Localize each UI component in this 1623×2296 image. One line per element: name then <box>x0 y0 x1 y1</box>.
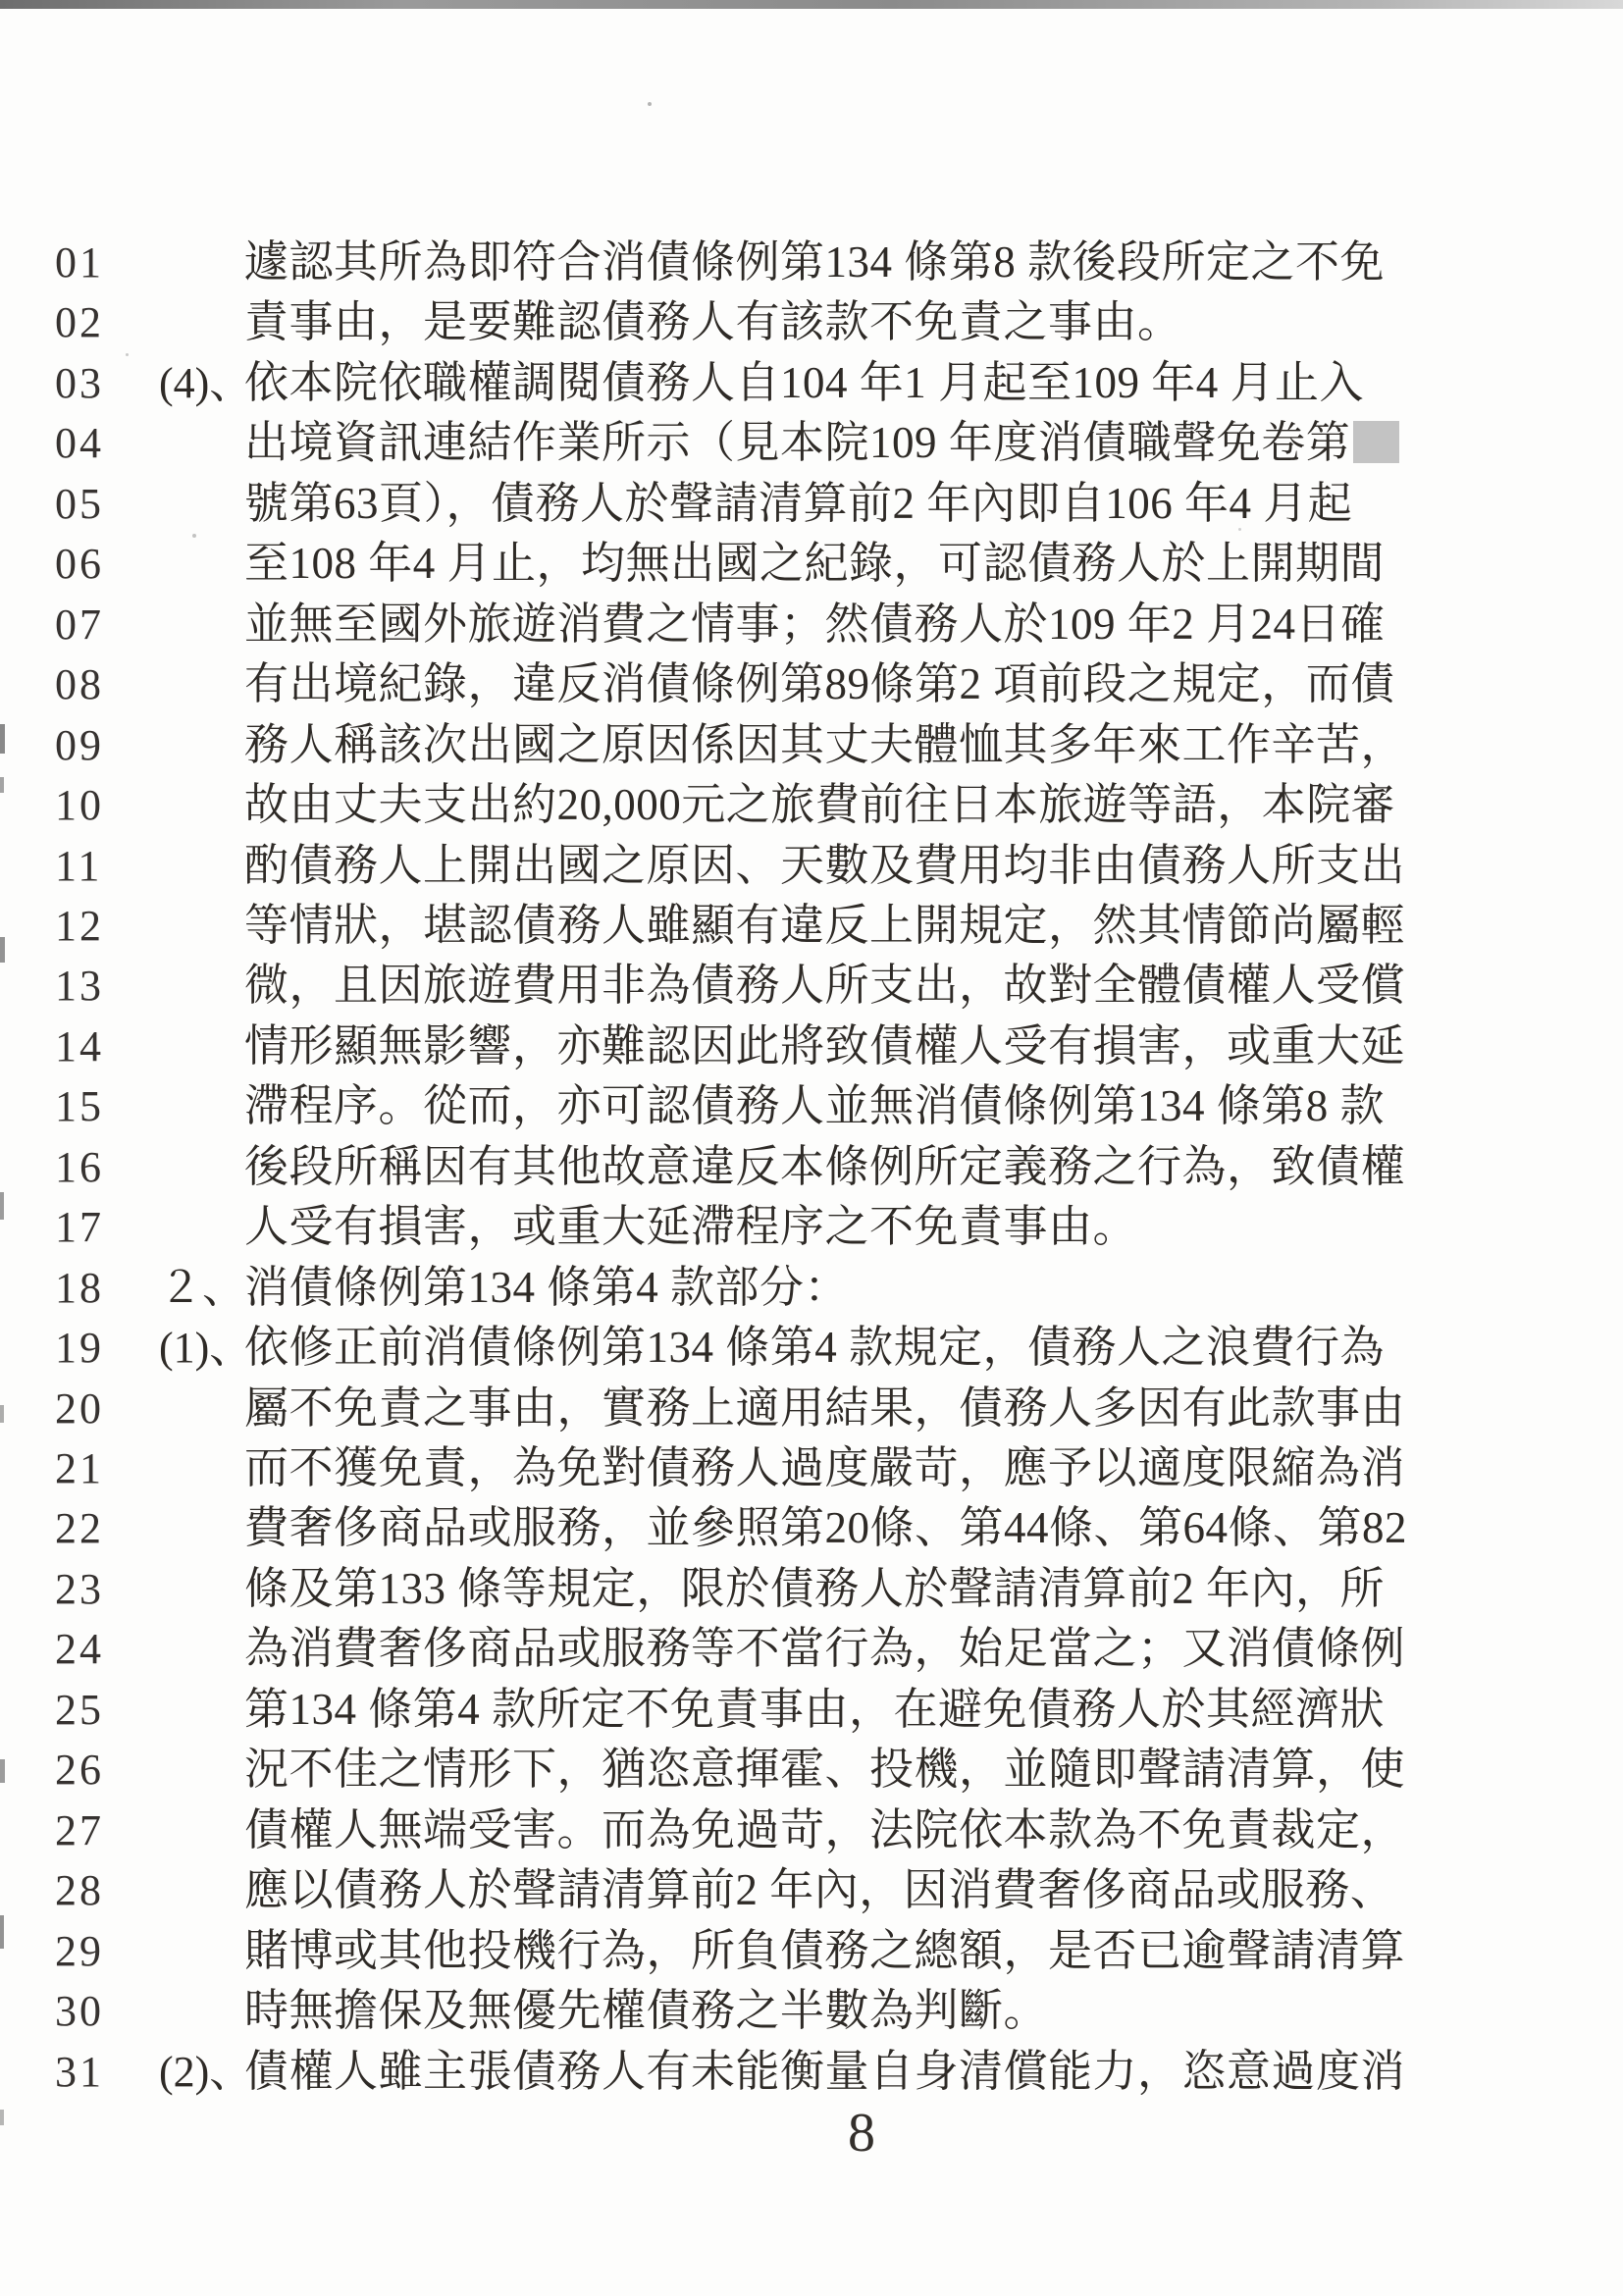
text-line: 09務人稱該次出國之原因係因其丈夫體恤其多年來工作辛苦， <box>0 720 1623 773</box>
line-number: 09 <box>55 722 104 769</box>
text-line: 20屬不免責之事由，實務上適用結果，債務人多因有此款事由 <box>0 1383 1623 1436</box>
scan-artifact <box>0 2110 4 2125</box>
line-number: 08 <box>55 661 104 708</box>
text-line: 27債權人無端受害。而為免過苛，法院依本款為不免責裁定， <box>0 1805 1623 1858</box>
redaction-box <box>1353 421 1399 463</box>
line-number: 19 <box>55 1325 104 1372</box>
line-text: 後段所稱因有其他故意違反本條例所定義務之行為，致債權 <box>244 1142 1405 1191</box>
line-text: 條及第133 條等規定，限於債務人於聲請清算前2 年內，所 <box>244 1564 1385 1613</box>
line-text: 號第63頁），債務人於聲請清算前2 年內即自106 年4 月起 <box>244 479 1352 528</box>
line-text: 酌債務人上開出國之原因、天數及費用均非由債務人所支出 <box>244 841 1405 890</box>
text-line: 23條及第133 條等規定，限於債務人於聲請清算前2 年內，所 <box>0 1564 1623 1617</box>
item-marker: (2)、 <box>159 2049 252 2096</box>
text-line: 31(2)、債權人雖主張債務人有未能衡量自身清償能力，恣意過度消 <box>0 2047 1623 2100</box>
scan-artifact <box>192 534 196 538</box>
line-number: 20 <box>55 1385 104 1433</box>
line-number: 12 <box>55 903 104 950</box>
line-number: 18 <box>55 1265 104 1312</box>
text-line: 08有出境紀錄，違反消債條例第89條第2 項前段之規定，而債 <box>0 659 1623 712</box>
line-text: 至108 年4 月止，均無出國之紀錄，可認債務人於上開期間 <box>244 539 1385 588</box>
text-line: 11酌債務人上開出國之原因、天數及費用均非由債務人所支出 <box>0 841 1623 894</box>
line-number: 31 <box>55 2049 104 2096</box>
line-number: 03 <box>55 360 104 407</box>
line-text: 第134 條第4 款所定不免責事由，在避免債務人於其經濟狀 <box>244 1685 1385 1734</box>
line-text: 務人稱該次出國之原因係因其丈夫體恤其多年來工作辛苦， <box>244 720 1405 769</box>
text-line: 02責事由，是要難認債務人有該款不免責之事由。 <box>0 297 1623 350</box>
line-number: 24 <box>55 1626 104 1673</box>
line-number: 15 <box>55 1083 104 1130</box>
text-line: 28應以債務人於聲請清算前2 年內，因消費奢侈商品或服務、 <box>0 1865 1623 1918</box>
text-line: 03(4)、依本院依職權調閱債務人自104 年1 月起至109 年4 月止入 <box>0 358 1623 411</box>
text-line: 16後段所稱因有其他故意違反本條例所定義務之行為，致債權 <box>0 1142 1623 1195</box>
line-text: 依本院依職權調閱債務人自104 年1 月起至109 年4 月止入 <box>244 358 1364 407</box>
line-number: 07 <box>55 601 104 649</box>
line-text: 微，且因旅遊費用非為債務人所支出，故對全體債權人受償 <box>244 961 1405 1010</box>
line-text: 賭博或其他投機行為，所負債務之總額，是否已逾聲請清算 <box>244 1926 1405 1975</box>
line-text: 滯程序。從而，亦可認債務人並無消債條例第134 條第8 款 <box>244 1081 1385 1130</box>
line-number: 05 <box>55 481 104 528</box>
text-line: 14情形顯無影響，亦難認因此將致債權人受有損害，或重大延 <box>0 1021 1623 1074</box>
line-number: 29 <box>55 1928 104 1975</box>
line-text: 消債條例第134 條第4 款部分： <box>244 1263 849 1312</box>
text-line: 07並無至國外旅遊消費之情事；然債務人於109 年2 月24日確 <box>0 600 1623 652</box>
line-text: 屬不免責之事由，實務上適用結果，債務人多因有此款事由 <box>244 1383 1405 1433</box>
line-number: 14 <box>55 1023 104 1070</box>
text-line: 24為消費奢侈商品或服務等不當行為，始足當之；又消債條例 <box>0 1624 1623 1677</box>
line-text: 並無至國外旅遊消費之情事；然債務人於109 年2 月24日確 <box>244 600 1386 649</box>
scan-artifact-top-band <box>0 0 1623 9</box>
text-line: 15滯程序。從而，亦可認債務人並無消債條例第134 條第8 款 <box>0 1081 1623 1134</box>
text-line: 19(1)、依修正前消債條例第134 條第4 款規定，債務人之浪費行為 <box>0 1323 1623 1376</box>
line-number: 23 <box>55 1566 104 1613</box>
line-number: 06 <box>55 541 104 588</box>
line-number: 25 <box>55 1687 104 1734</box>
scanned-document-page: 01遽認其所為即符合消債條例第134 條第8 款後段所定之不免02責事由，是要難… <box>0 0 1623 2296</box>
text-line: 26況不佳之情形下，猶恣意揮霍、投機，並隨即聲請清算，使 <box>0 1745 1623 1798</box>
line-text: 費奢侈商品或服務，並參照第20條、第44條、第64條、第82 <box>244 1503 1407 1552</box>
line-number: 26 <box>55 1747 104 1794</box>
text-line: 21而不獲免責，為免對債務人過度嚴苛，應予以適度限縮為消 <box>0 1443 1623 1496</box>
line-text: 時無擔保及無優先權債務之半數為判斷。 <box>244 1986 1048 2035</box>
line-text: 依修正前消債條例第134 條第4 款規定，債務人之浪費行為 <box>244 1323 1385 1372</box>
scan-artifact <box>648 102 652 106</box>
line-number: 30 <box>55 1988 104 2035</box>
text-line: 04出境資訊連結作業所示（見本院109 年度消債職聲免卷第 <box>0 418 1623 471</box>
text-line: 30時無擔保及無優先權債務之半數為判斷。 <box>0 1986 1623 2039</box>
line-number: 22 <box>55 1505 104 1552</box>
line-text: 等情狀，堪認債務人雖顯有違反上開規定，然其情節尚屬輕 <box>244 901 1405 950</box>
text-line: 05號第63頁），債務人於聲請清算前2 年內即自106 年4 月起 <box>0 479 1623 532</box>
text-line: 06至108 年4 月止，均無出國之紀錄，可認債務人於上開期間 <box>0 539 1623 592</box>
line-number: 16 <box>55 1144 104 1191</box>
line-number: 27 <box>55 1807 104 1854</box>
item-marker: (4)、 <box>159 360 252 407</box>
line-text: 責事由，是要難認債務人有該款不免責之事由。 <box>244 297 1182 346</box>
text-line: 01遽認其所為即符合消債條例第134 條第8 款後段所定之不免 <box>0 237 1623 290</box>
page-number: 8 <box>793 2102 930 2165</box>
line-text: 而不獲免責，為免對債務人過度嚴苛，應予以適度限縮為消 <box>244 1443 1405 1492</box>
line-text: 況不佳之情形下，猶恣意揮霍、投機，並隨即聲請清算，使 <box>244 1745 1405 1794</box>
scan-artifact <box>126 353 129 356</box>
line-number: 28 <box>55 1867 104 1914</box>
line-text: 故由丈夫支出約20,000元之旅費前往日本旅遊等語，本院審 <box>244 780 1395 829</box>
line-text: 應以債務人於聲請清算前2 年內，因消費奢侈商品或服務、 <box>244 1865 1394 1914</box>
line-text: 人受有損害，或重大延滯程序之不免責事由。 <box>244 1202 1137 1251</box>
line-number: 04 <box>55 420 104 467</box>
text-line: 22費奢侈商品或服務，並參照第20條、第44條、第64條、第82 <box>0 1503 1623 1556</box>
line-text: 情形顯無影響，亦難認因此將致債權人受有損害，或重大延 <box>244 1021 1405 1070</box>
line-number: 11 <box>55 843 102 890</box>
text-line: 13微，且因旅遊費用非為債務人所支出，故對全體債權人受償 <box>0 961 1623 1014</box>
line-text: 債權人雖主張債務人有未能衡量自身清償能力，恣意過度消 <box>244 2047 1405 2096</box>
text-line: 17人受有損害，或重大延滯程序之不免責事由。 <box>0 1202 1623 1255</box>
item-marker: (1)、 <box>159 1325 252 1372</box>
line-number: 10 <box>55 782 104 829</box>
line-text: 有出境紀錄，違反消債條例第89條第2 項前段之規定，而債 <box>244 659 1395 708</box>
text-line: 10故由丈夫支出約20,000元之旅費前往日本旅遊等語，本院審 <box>0 780 1623 833</box>
text-line: 29賭博或其他投機行為，所負債務之總額，是否已逾聲請清算 <box>0 1926 1623 1979</box>
line-number: 21 <box>55 1445 104 1492</box>
line-number: 17 <box>55 1204 104 1251</box>
item-marker: ２、 <box>159 1265 245 1312</box>
text-line: 18２、消債條例第134 條第4 款部分： <box>0 1263 1623 1316</box>
line-text: 遽認其所為即符合消債條例第134 條第8 款後段所定之不免 <box>244 237 1385 287</box>
text-line: 25第134 條第4 款所定不免責事由，在避免債務人於其經濟狀 <box>0 1685 1623 1738</box>
line-text: 為消費奢侈商品或服務等不當行為，始足當之；又消債條例 <box>244 1624 1405 1673</box>
line-text: 債權人無端受害。而為免過苛，法院依本款為不免責裁定， <box>244 1805 1405 1854</box>
line-number: 02 <box>55 299 104 346</box>
line-number: 13 <box>55 963 104 1010</box>
text-line: 12等情狀，堪認債務人雖顯有違反上開規定，然其情節尚屬輕 <box>0 901 1623 954</box>
line-number: 01 <box>55 239 104 287</box>
line-text: 出境資訊連結作業所示（見本院109 年度消債職聲免卷第 <box>244 418 1399 467</box>
